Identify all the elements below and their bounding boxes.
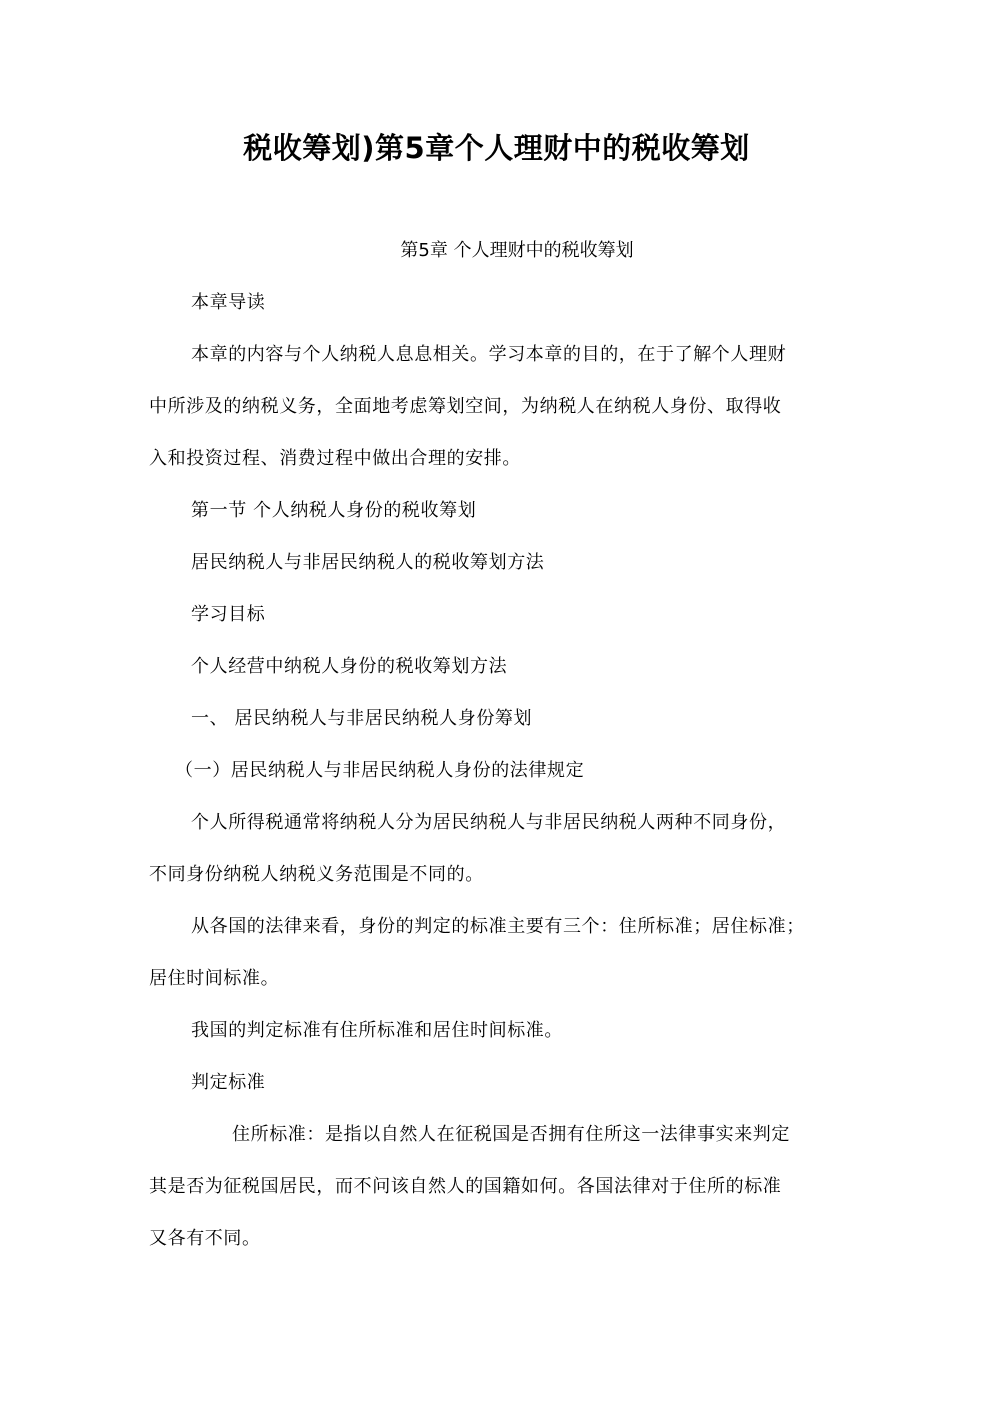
paragraph-line: 其是否为征税国居民，而不问该自然人的国籍如何。各国法律对于住所的标准 (149, 1174, 849, 1200)
paragraph-line: 个人所得税通常将纳税人分为居民纳税人与非居民纳税人两种不同身份， (191, 810, 891, 836)
paragraph-line: 从各国的法律来看，身份的判定的标准主要有三个：住所标准；居住标准； (191, 914, 891, 940)
section-label-criteria: 判定标准 (191, 1070, 891, 1096)
paragraph-line: 中所涉及的纳税义务，全面地考虑筹划空间，为纳税人在纳税人身份、取得收 (149, 394, 849, 420)
numbered-heading: 一、 居民纳税人与非居民纳税人身份筹划 (191, 706, 891, 732)
document-title: 税收筹划)第5章个人理财中的税收筹划 (0, 128, 993, 168)
paragraph-line: 不同身份纳税人纳税义务范围是不同的。 (149, 862, 849, 888)
section-label-chapter-guide: 本章导读 (191, 290, 891, 316)
section-label-learning-goals: 学习目标 (191, 602, 891, 628)
subsection-heading: 居民纳税人与非居民纳税人的税收筹划方法 (191, 550, 891, 576)
chapter-heading: 第5章 个人理财中的税收筹划 (0, 238, 993, 264)
paragraph-line: 居住时间标准。 (149, 966, 849, 992)
paragraph-line: 我国的判定标准有住所标准和居住时间标准。 (191, 1018, 891, 1044)
paragraph-line: 入和投资过程、消费过程中做出合理的安排。 (149, 446, 849, 472)
subsection-heading: 个人经营中纳税人身份的税收筹划方法 (191, 654, 891, 680)
paragraph-line: 又各有不同。 (149, 1226, 849, 1252)
paragraph-line: 本章的内容与个人纳税人息息相关。学习本章的目的，在于了解个人理财 (191, 342, 891, 368)
numbered-subheading: （一）居民纳税人与非居民纳税人身份的法律规定 (175, 758, 875, 784)
section-heading: 第一节 个人纳税人身份的税收筹划 (191, 498, 891, 524)
document-page: 税收筹划)第5章个人理财中的税收筹划 第5章 个人理财中的税收筹划 本章导读 本… (0, 0, 993, 1404)
paragraph-line: 住所标准：是指以自然人在征税国是否拥有住所这一法律事实来判定 (232, 1122, 932, 1148)
